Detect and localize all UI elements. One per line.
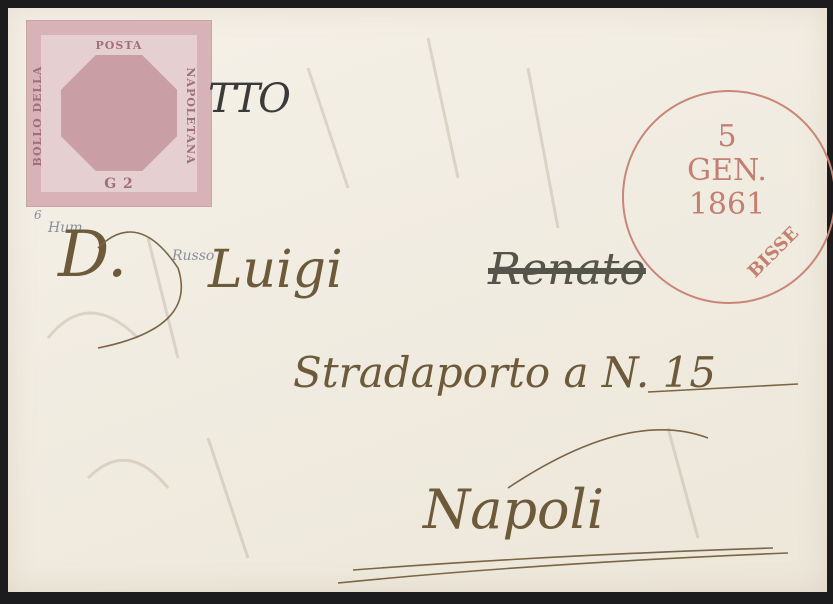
- postal-cover: POSTA BOLLO DELLA NAPOLETANA G 2 TTO 5 G…: [8, 8, 827, 592]
- address-flourishes: [8, 8, 827, 592]
